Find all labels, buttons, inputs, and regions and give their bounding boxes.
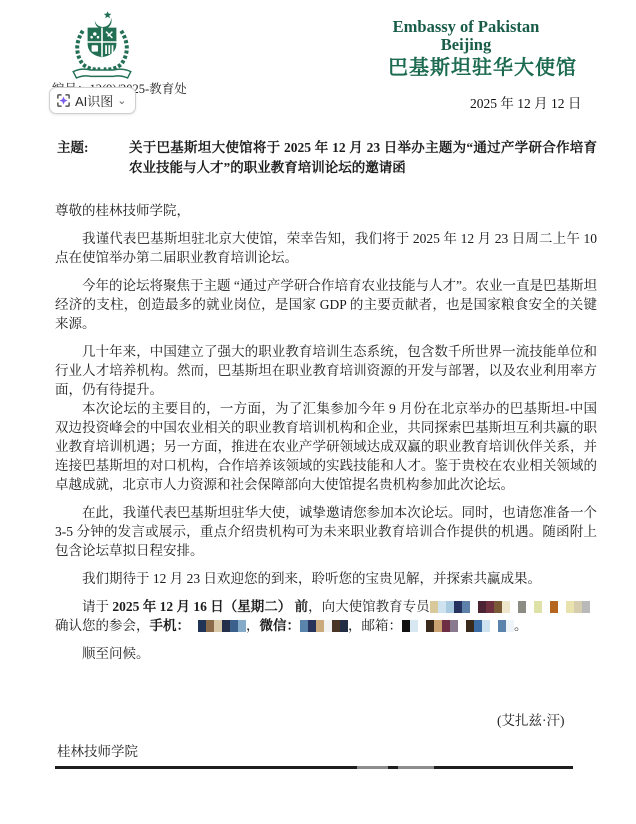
chevron-down-icon: ⌄ [117, 96, 126, 107]
rsvp-deadline: 2025 年 12 月 16 日（星期二） 前 [112, 599, 308, 614]
redacted-email-address [402, 620, 514, 632]
redacted-specialist-name [430, 601, 590, 613]
footer-divider-rule [55, 766, 573, 769]
paragraph-2: 今年的论坛将聚焦于主题 “通过产学研合作培育农业技能与人才”。农业一直是巴基斯坦… [55, 276, 597, 333]
paragraph-6: 我们期待于 12 月 23 日欢迎您的到来，聆听您的宝贵见解，并探索共赢成果。 [55, 569, 597, 588]
contact-line-2: 确认您的参会，手机：，微信：，邮箱：。 [55, 616, 597, 635]
letter-page: 编号：12(9)/2025-教育处 AI识图 ⌄ Embassy of Paki… [0, 0, 636, 824]
greeting: 尊敬的桂林技师学院， [55, 201, 597, 220]
subject-row: 主题: 关于巴基斯坦大使馆将于 2025 年 12 月 23 日举办主题为“通过… [57, 138, 597, 178]
wechat-label: 微信： [260, 618, 301, 633]
paragraph-3: 几十年来，中国建立了强大的职业教育培训生态系统，包含数千所世界一流技能单位和行业… [55, 342, 597, 399]
embassy-name-english-line1: Embassy of Pakistan [388, 18, 544, 36]
signer-name: (艾扎兹·汗) [497, 709, 597, 729]
addressee-school-name: 桂林技师学院 [57, 740, 138, 760]
redacted-wechat-id [300, 620, 348, 632]
paragraph-1: 我谨代表巴基斯坦驻北京大使馆，荣幸告知，我们将于 2025 年 12 月 23 … [55, 229, 597, 267]
subject-text: 关于巴基斯坦大使馆将于 2025 年 12 月 23 日举办主题为“通过产学研合… [129, 138, 597, 178]
letter-body: 尊敬的桂林技师学院， 我谨代表巴基斯坦驻北京大使馆，荣幸告知，我们将于 2025… [55, 201, 597, 672]
embassy-name-chinese: 巴基斯坦驻华大使馆 [388, 57, 592, 79]
embassy-name-english-line2: Beijing [388, 36, 544, 54]
ai-button-label: AI识图 [75, 91, 113, 110]
embassy-header: Embassy of Pakistan Beijing 巴基斯坦驻华大使馆 [388, 18, 592, 79]
rule-gray-patch [398, 766, 434, 769]
phone-label: 手机： [150, 618, 191, 633]
paragraph-8-closing: 顺至问候。 [55, 644, 597, 663]
scan-sparkle-icon [56, 93, 71, 108]
paragraph-4: 本次论坛的主要目的，一方面，为了汇集参加今年 9 月份在北京举办的巴基斯坦-中国… [55, 399, 597, 494]
pakistan-emblem-logo [56, 10, 148, 82]
paragraph-5: 在此，我谨代表巴基斯坦驻华大使，诚挚邀请您参加本次论坛。同时，也请您准备一个 3… [55, 503, 597, 560]
ai-recognize-button[interactable]: AI识图 ⌄ [49, 87, 136, 114]
subject-label: 主题: [57, 138, 129, 178]
email-label: 邮箱： [362, 618, 403, 633]
contact-line-1: 请于 2025 年 12 月 16 日（星期二） 前，向大使馆教育专员 [55, 597, 597, 616]
redacted-phone-number [190, 620, 246, 632]
paragraph-7-contact: 请于 2025 年 12 月 16 日（星期二） 前，向大使馆教育专员 确认您的… [55, 597, 597, 635]
rule-gray-patch [357, 766, 388, 769]
letter-date: 2025 年 12 月 12 日 [470, 92, 600, 112]
